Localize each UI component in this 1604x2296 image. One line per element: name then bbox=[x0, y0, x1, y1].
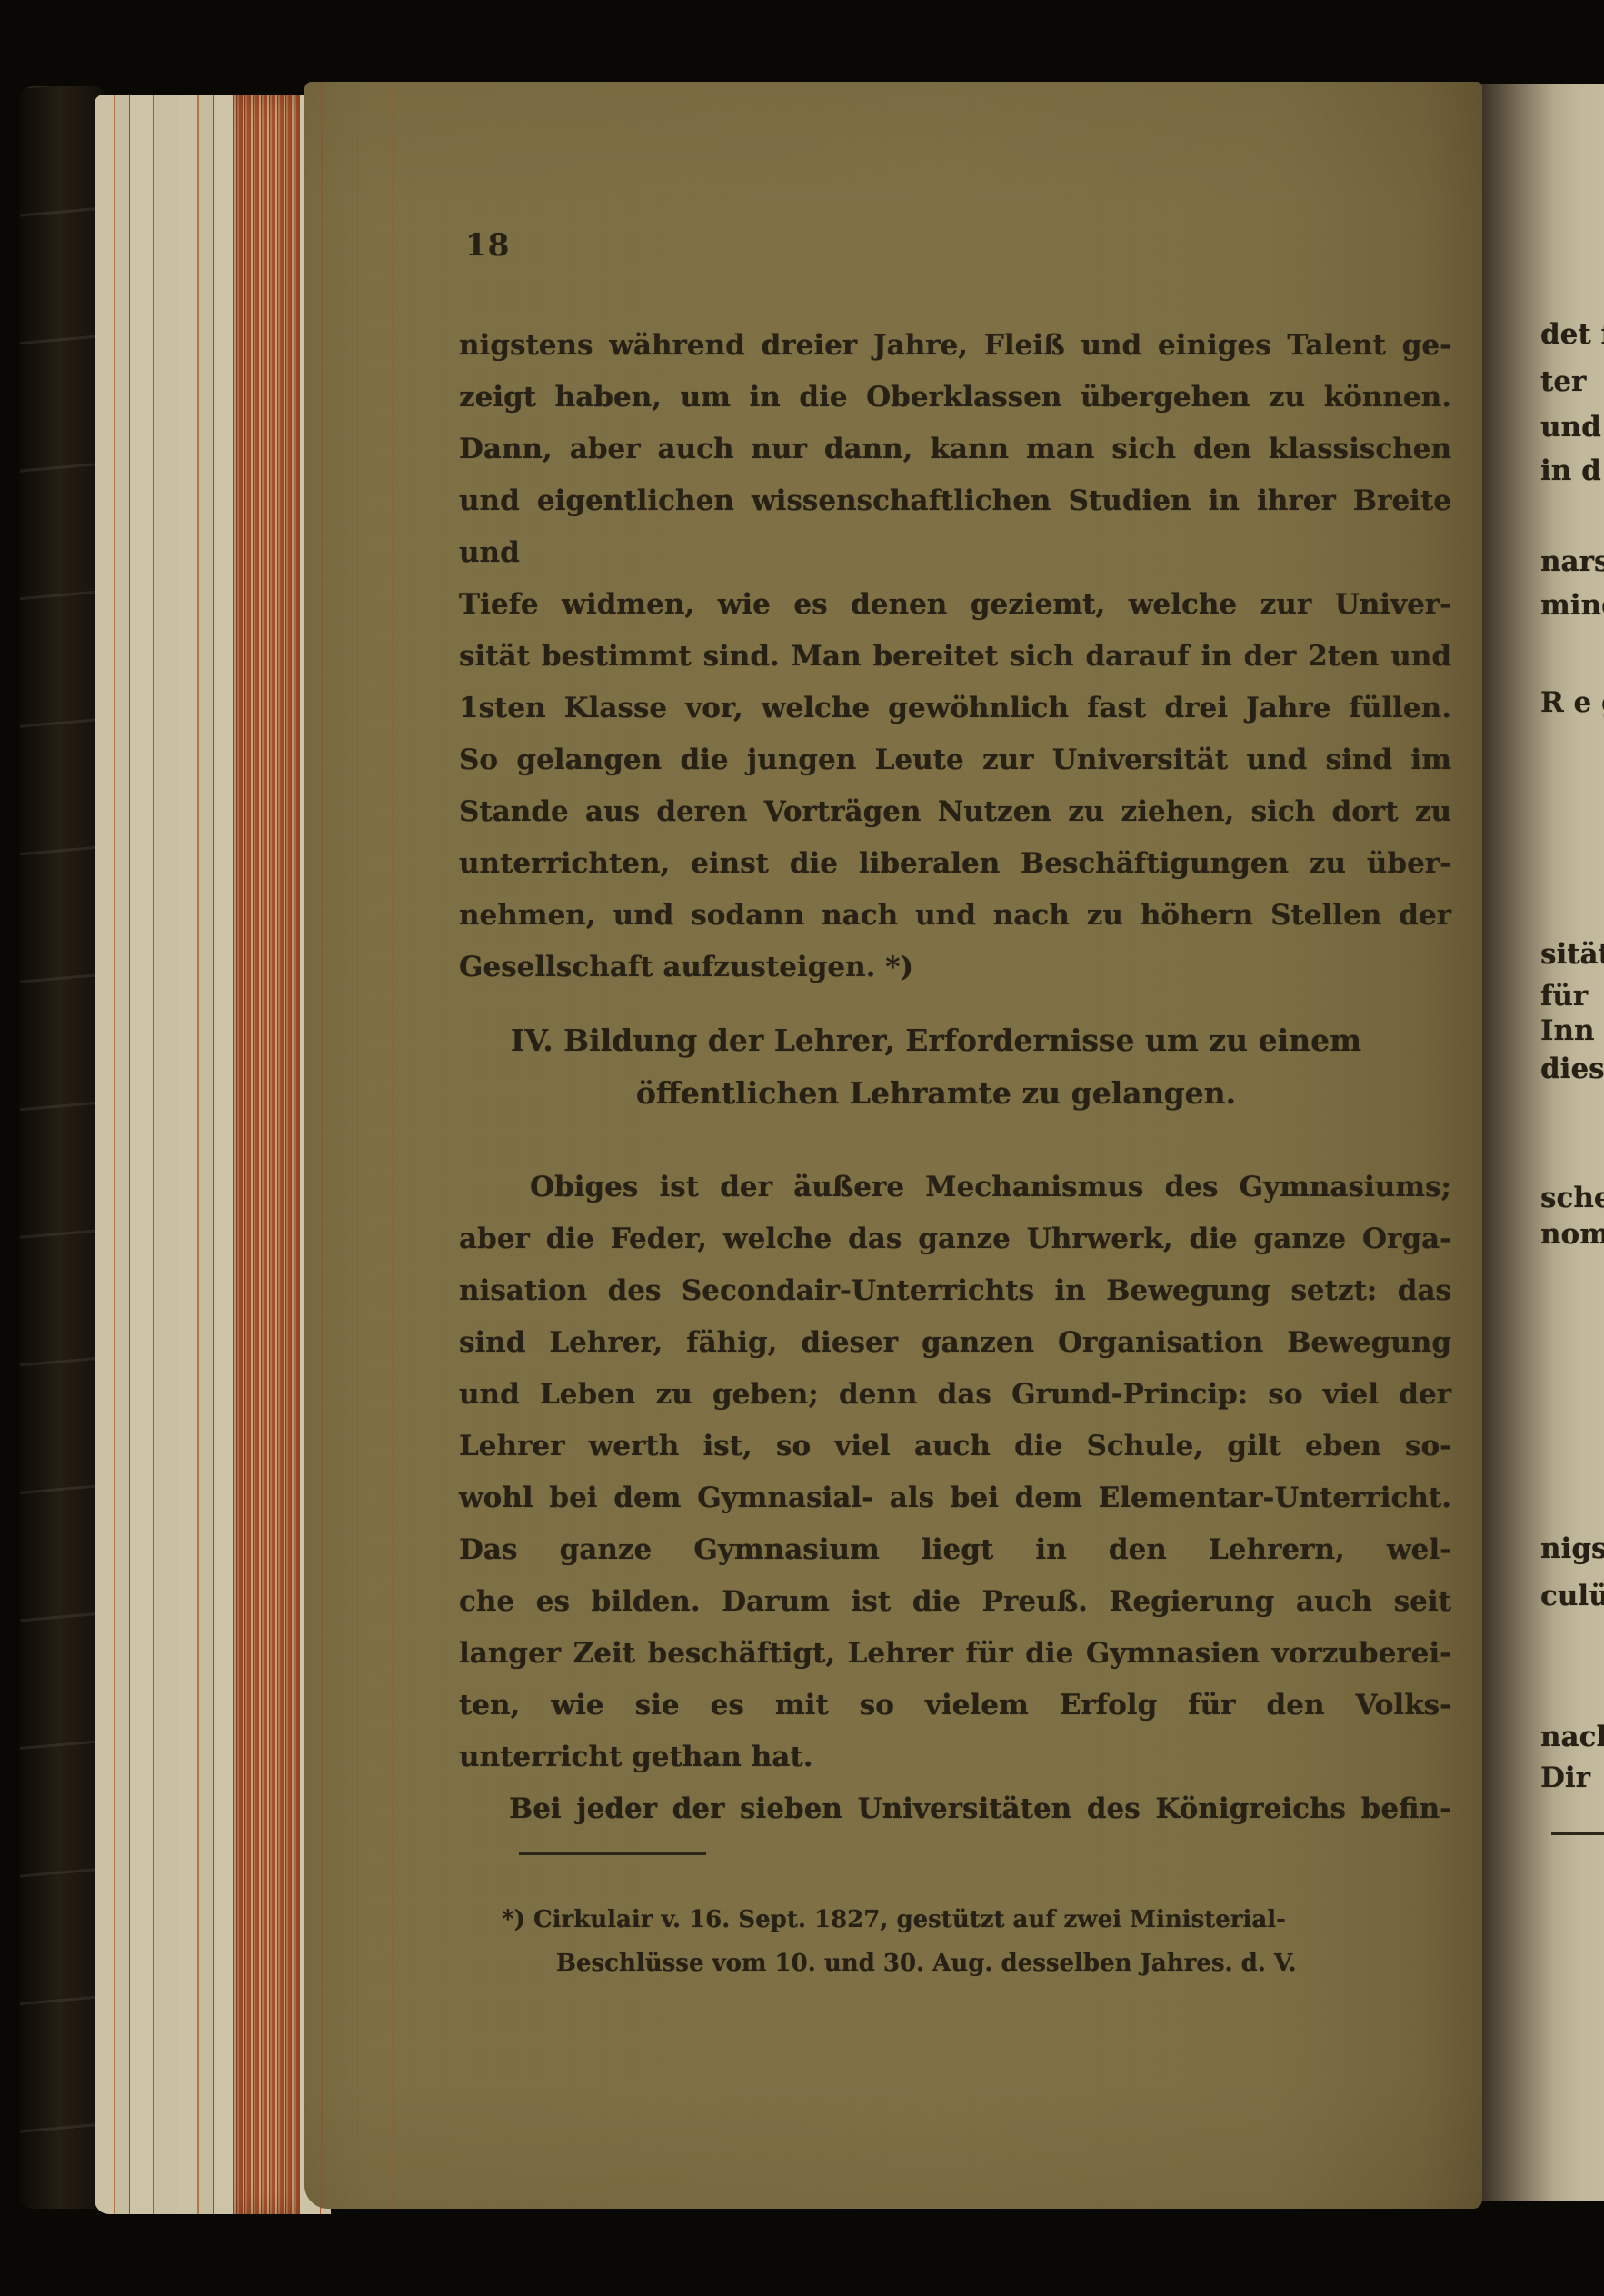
text-line: Bei jeder der sieben Universitäten des K… bbox=[459, 1783, 1451, 1835]
facing-page-fragment: nach bbox=[1540, 1721, 1604, 1753]
text-line: Stande aus deren Vorträgen Nutzen zu zie… bbox=[459, 786, 1451, 838]
text-line: Lehrer werth ist, so viel auch die Schul… bbox=[459, 1421, 1451, 1472]
facing-page-fragment: nars bbox=[1540, 545, 1604, 578]
paragraph-1: nigstens während dreier Jahre, Fleiß und… bbox=[459, 320, 1451, 993]
facing-page-fragment: det f bbox=[1540, 318, 1604, 351]
section-heading: IV. Bildung der Lehrer, Erfordernisse um… bbox=[423, 1014, 1450, 1120]
book-scan-scene: 18 nigstens während dreier Jahre, Fleiß … bbox=[0, 0, 1604, 2296]
text-line: che es bilden. Darum ist die Preuß. Regi… bbox=[459, 1576, 1451, 1628]
facing-page-fragment: in d bbox=[1540, 454, 1601, 487]
facing-page-sliver bbox=[1479, 84, 1604, 2201]
text-line: Obiges ist der äußere Mechanismus des Gy… bbox=[459, 1162, 1451, 1213]
paragraph-2: Obiges ist der äußere Mechanismus des Gy… bbox=[459, 1162, 1451, 1835]
facing-page-fragment: R e g bbox=[1540, 686, 1604, 719]
facing-page-fragment: Inn bbox=[1540, 1014, 1595, 1047]
book-page: 18 nigstens während dreier Jahre, Fleiß … bbox=[304, 82, 1482, 2209]
facing-page-fragment: diese bbox=[1540, 1053, 1604, 1085]
text-line: langer Zeit beschäftigt, Lehrer für die … bbox=[459, 1628, 1451, 1680]
text-line: nehmen, und sodann nach und nach zu höhe… bbox=[459, 890, 1451, 942]
text-line-with-footnote-ref: Gesellschaft aufzusteigen. *) bbox=[459, 942, 1451, 993]
text-line: und eigentlichen wissenschaftlichen Stud… bbox=[459, 475, 1451, 579]
footnote-separator-rule bbox=[519, 1852, 706, 1855]
facing-page-fragment: für bbox=[1540, 980, 1588, 1013]
text-line: 1sten Klasse vor, welche gewöhnlich fast… bbox=[459, 683, 1451, 734]
facing-page-fragment: Dir bbox=[1540, 1762, 1590, 1794]
facing-page-fragment: culü bbox=[1540, 1580, 1604, 1612]
text-line: Dann, aber auch nur dann, kann man sich … bbox=[459, 424, 1451, 475]
footnote-line2: Beschlüsse vom 10. und 30. Aug. desselbe… bbox=[556, 1942, 1465, 1985]
section-heading-line2: öffentlichen Lehramte zu gelangen. bbox=[423, 1067, 1450, 1120]
text-line: aber die Feder, welche das ganze Uhrwerk… bbox=[459, 1213, 1451, 1265]
text-line: unterricht gethan hat. bbox=[459, 1732, 1451, 1783]
section-heading-line1: IV. Bildung der Lehrer, Erfordernisse um… bbox=[423, 1014, 1450, 1067]
facing-page-fragment: schen bbox=[1540, 1182, 1604, 1214]
text-line: So gelangen die jungen Leute zur Univers… bbox=[459, 734, 1451, 786]
text-line: sität bestimmt sind. Man bereitet sich d… bbox=[459, 631, 1451, 683]
facing-page-fragment: und bbox=[1540, 411, 1601, 444]
text-line: wohl bei dem Gymnasial- als bei dem Elem… bbox=[459, 1472, 1451, 1524]
text-line: nisation des Secondair-Unterrichts in Be… bbox=[459, 1265, 1451, 1317]
page-number: 18 bbox=[465, 227, 510, 264]
text-line: sind Lehrer, fähig, dieser ganzen Organi… bbox=[459, 1317, 1451, 1369]
facing-page-fragment: mind bbox=[1540, 589, 1604, 622]
footnote-line1: *) Cirkulair v. 16. Sept. 1827, gestützt… bbox=[502, 1898, 1410, 1942]
text-line: Das ganze Gymnasium liegt in den Lehrern… bbox=[459, 1524, 1451, 1576]
text-line: Tiefe widmen, wie es denen geziemt, welc… bbox=[459, 579, 1451, 631]
text-line: zeigt haben, um in die Oberklassen überg… bbox=[459, 372, 1451, 424]
facing-page-footnote-rule bbox=[1551, 1832, 1604, 1835]
facing-page-fragment: nom bbox=[1540, 1218, 1604, 1251]
facing-page-fragment: ter bbox=[1540, 365, 1586, 398]
facing-page-fragment: nigs bbox=[1540, 1532, 1604, 1565]
book-spine bbox=[20, 86, 106, 2209]
text-line: unterrichten, einst die liberalen Beschä… bbox=[459, 838, 1451, 890]
red-marbled-edge-band bbox=[233, 95, 300, 2214]
facing-page-fragment: sität bbox=[1540, 938, 1604, 971]
text-line: ten, wie sie es mit so vielem Erfolg für… bbox=[459, 1680, 1451, 1732]
text-line: nigstens während dreier Jahre, Fleiß und… bbox=[459, 320, 1451, 372]
text-line: und Leben zu geben; denn das Grund-Princ… bbox=[459, 1369, 1451, 1421]
